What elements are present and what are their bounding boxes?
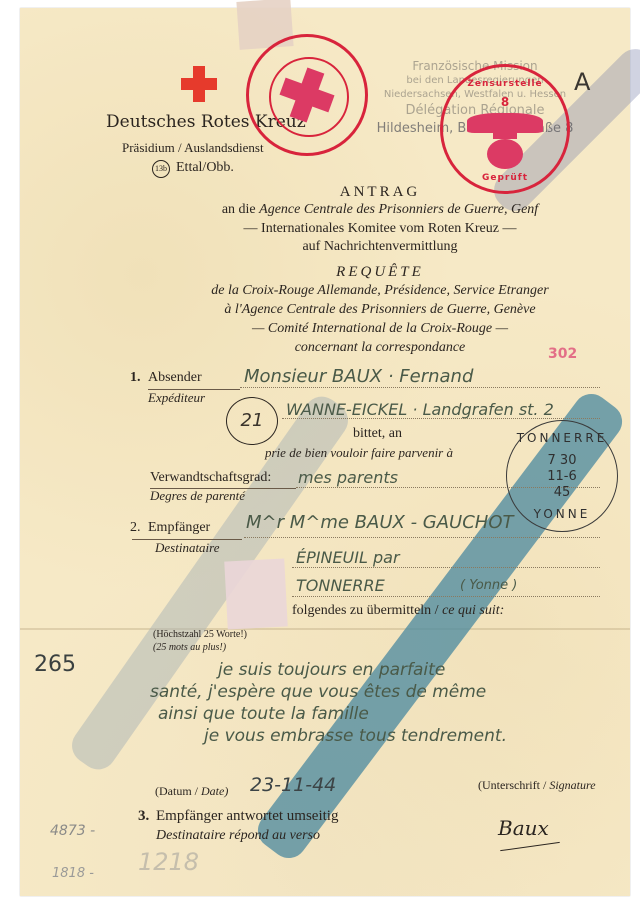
recipient-label-fr: Destinataire [155, 540, 220, 556]
sender-label: Absender [148, 370, 202, 386]
asks-fr: prie de bien vouloir faire parvenir à [265, 445, 453, 461]
pencil-note-1: 4873 - [50, 823, 95, 839]
pencil-note-2: 1818 - [52, 866, 94, 881]
recipient-town: ÉPINEUIL par [296, 548, 400, 567]
location: Ettal/Obb. [176, 160, 234, 176]
pencil-note-3: 1218 [138, 848, 199, 876]
message-line-2: santé, j'espère que vous êtes de même [150, 682, 486, 702]
title-line-1: an die Agence Centrale des Prisonniers d… [140, 202, 620, 218]
signature-label: (Unterschrift / Signature [478, 778, 596, 793]
date-value: 23-11-44 [250, 774, 336, 796]
recipient-label: Empfänger [148, 520, 210, 536]
reply-de: Empfänger antwortet umseitig [156, 808, 338, 825]
requete-line-1: de la Croix-Rouge Allemande, Présidence,… [140, 283, 620, 299]
censor-stamp: Zensurstelle 8 Geprüft [440, 64, 570, 194]
signature: Baux [498, 816, 549, 840]
requete-line-3: — Comité International de la Croix-Rouge… [140, 321, 620, 337]
code-badge: 13b [152, 160, 170, 178]
sender-number: 1. [130, 370, 141, 386]
title-antrag: ANTRAG [140, 184, 620, 201]
word-limit-fr: (25 mots au plus!) [153, 642, 226, 653]
title-line-2: — Internationales Komitee vom Roten Kreu… [140, 221, 620, 237]
relationship-label-fr: Degres de parenté [150, 488, 245, 504]
sender-address: WANNE-EICKEL · Landgrafen st. 2 [286, 400, 554, 419]
recipient-department: ( Yonne ) [460, 578, 517, 593]
requete-line-2: à l'Agence Centrale des Prisonniers de G… [140, 302, 620, 318]
tonnerre-postmark: TONNERRE 7 30 11-6 45 YONNE [506, 420, 618, 532]
word-limit-de: (Höchstzahl 25 Worte!) [153, 629, 247, 640]
fold-line [20, 628, 630, 630]
message-line-4: je vous embrasse tous tendrement. [204, 726, 507, 746]
sender-name: Monsieur BAUX · Fernand [244, 366, 473, 387]
date-label: (Datum / Date) [155, 784, 228, 799]
sender-label-fr: Expéditeur [148, 390, 205, 406]
title-requete: REQUÊTE [140, 264, 620, 281]
department: Präsidium / Auslandsdienst [122, 140, 264, 156]
recipient-name: M^r M^me BAUX - GAUCHOT [246, 512, 514, 533]
red-cross-logo [181, 66, 217, 102]
reply-fr: Destinataire répond au verso [156, 828, 320, 844]
red-number-stamp: 302 [548, 346, 577, 362]
recipient-city: TONNERRE [296, 576, 385, 595]
recipient-number: 2. [130, 520, 141, 536]
side-number: 265 [34, 652, 76, 677]
title-line-3: auf Nachrichtenvermittlung [140, 239, 620, 255]
circled-number: 21 [226, 397, 278, 445]
relationship-value: mes parents [298, 468, 398, 487]
asks-de: bittet, an [353, 426, 402, 442]
transmit-label: folgendes zu übermitteln / ce qui suit: [292, 603, 504, 619]
message-line-1: je suis toujours en parfaite [218, 660, 445, 680]
message-line-3: ainsi que toute la famille [158, 704, 369, 724]
tape-middle [224, 558, 287, 629]
relationship-label: Verwandtschaftsgrad: [150, 470, 271, 486]
reply-number: 3. [138, 808, 149, 825]
